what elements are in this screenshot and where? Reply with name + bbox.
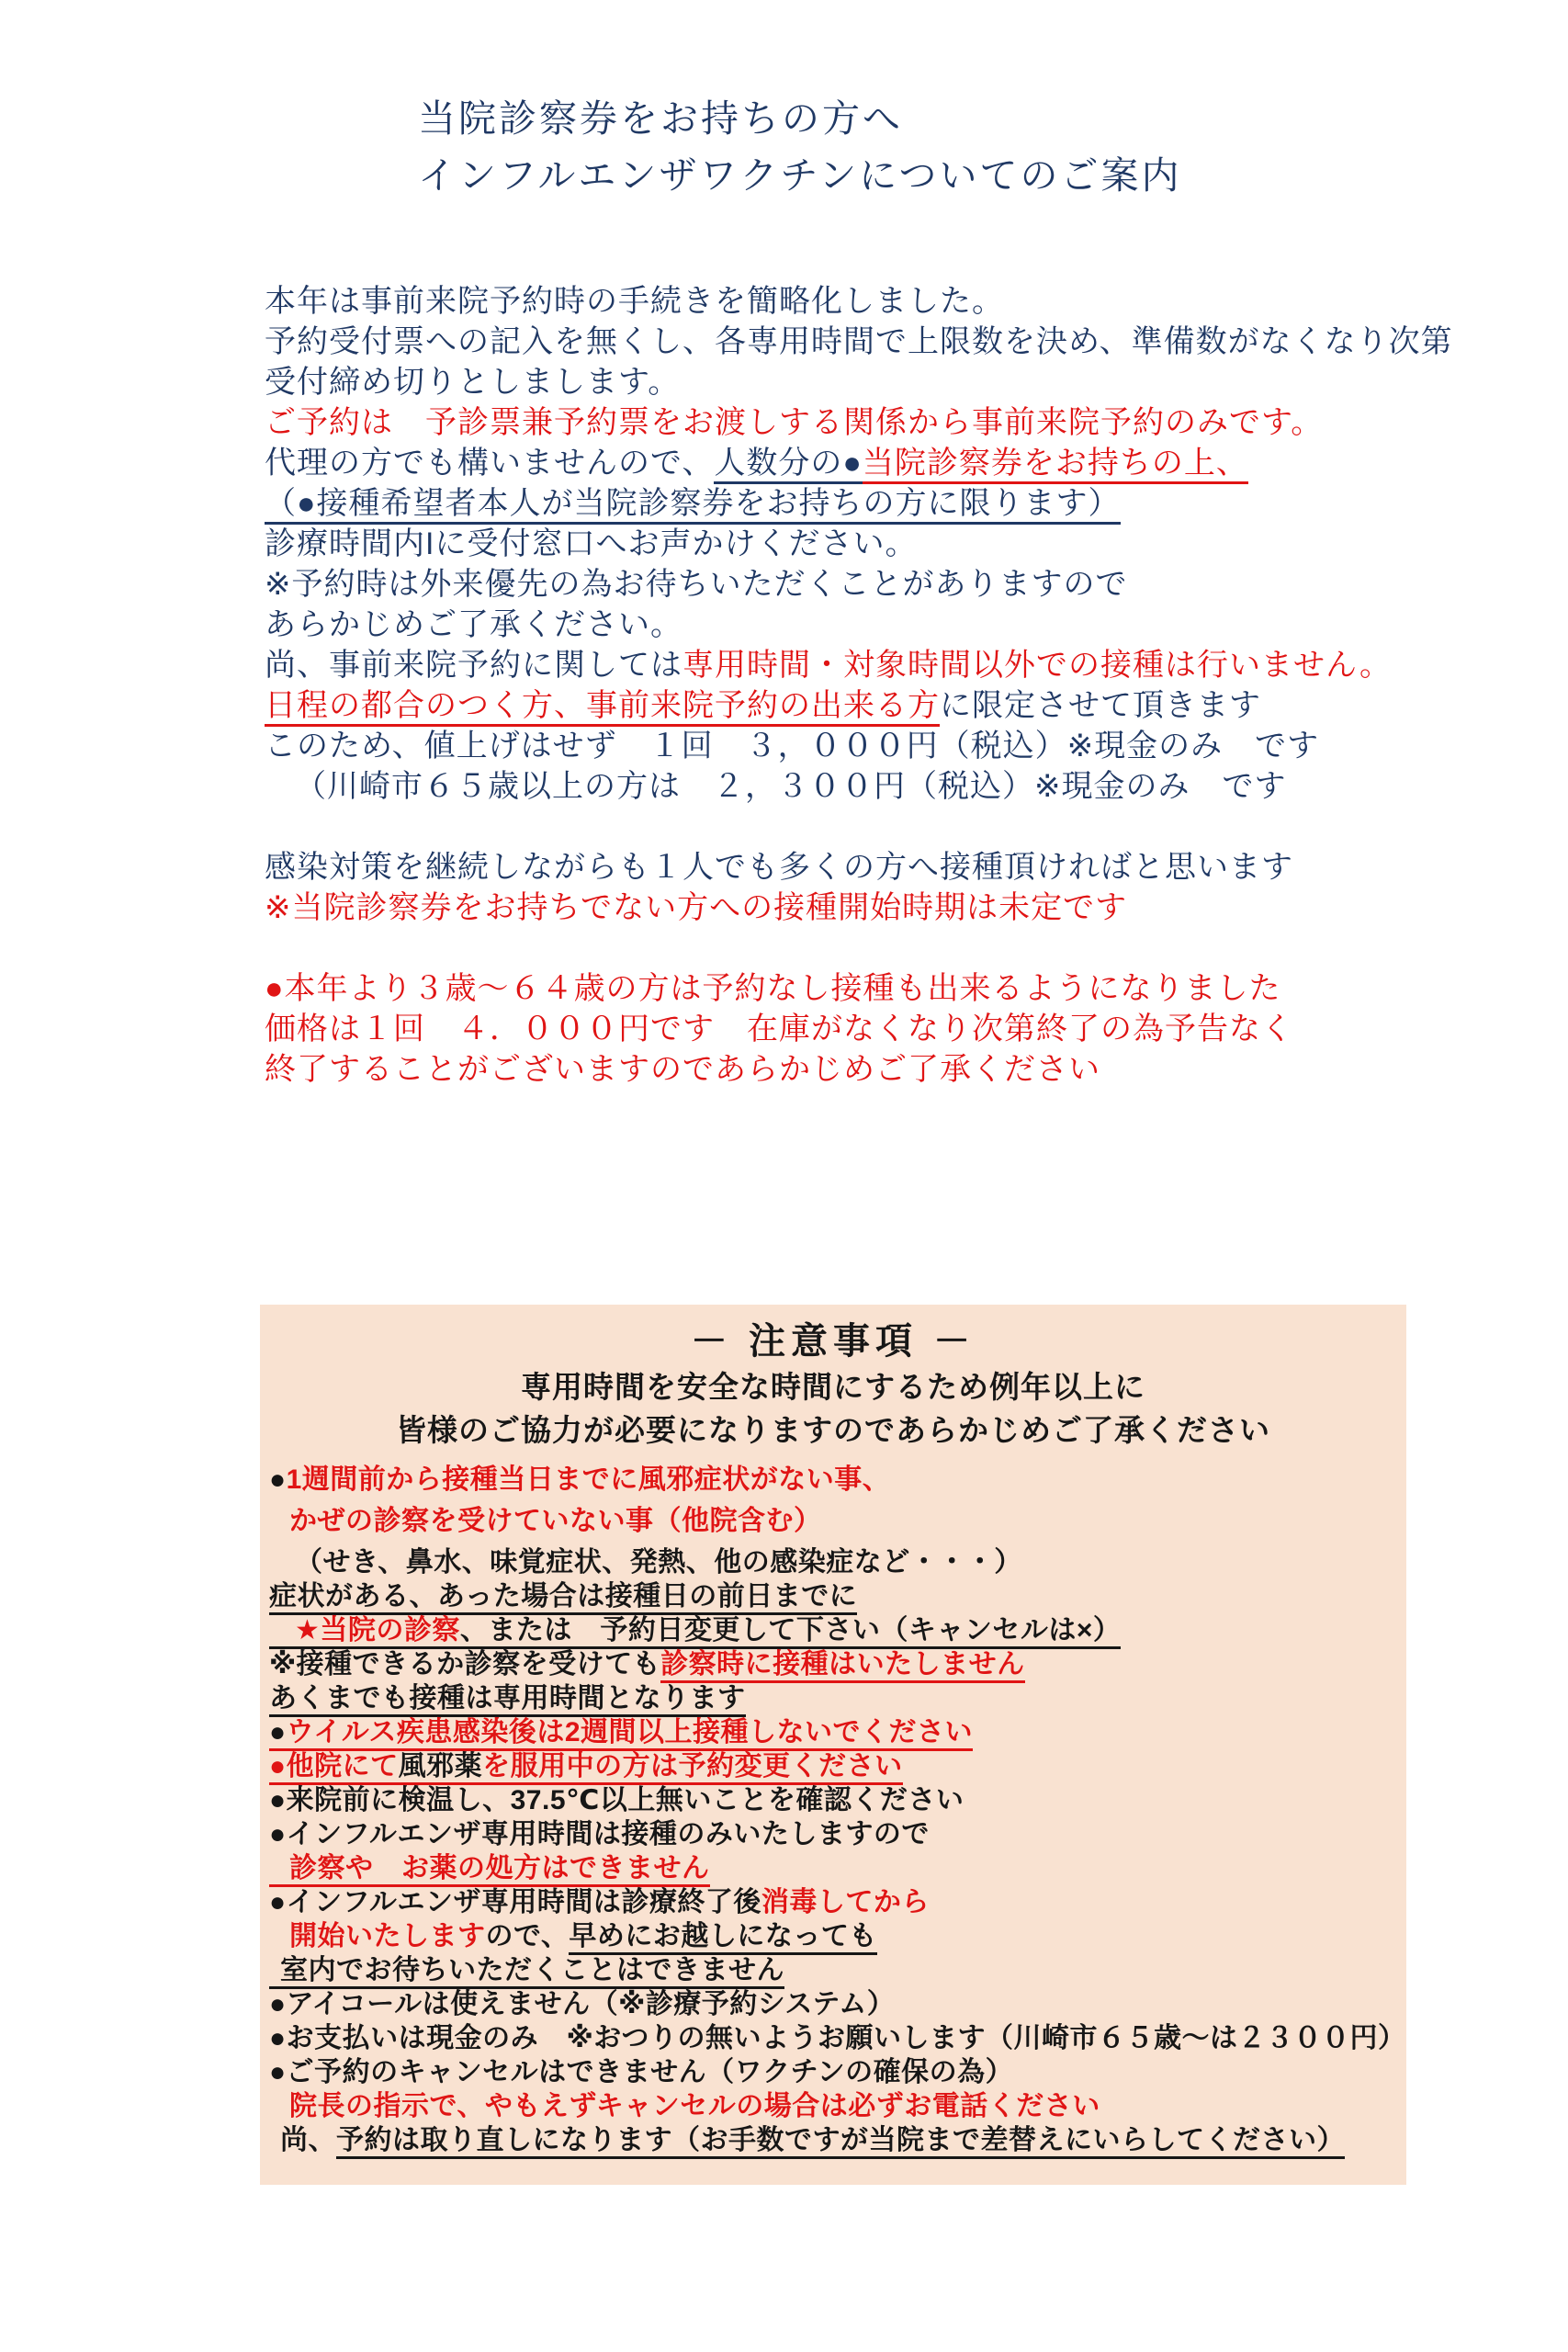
notice-item-5-red: ★当院の診察	[295, 1615, 460, 1645]
notice-item-16: ●アイコールは使えません（※診療予約システム）	[269, 1987, 1406, 2021]
notice-box: － 注意事項 － 専用時間を安全な時間にするため例年以上に 皆様のご協力が必要に…	[260, 1305, 1406, 2185]
walkin-line-2: 価格は１回 ４．０００円です 在庫がなくなり次第終了の為予告なく	[265, 1009, 1453, 1049]
notice-item-1: ●1週間前から接種当日までに風邪症状がない事、	[269, 1463, 1406, 1497]
bullet-icon: ●	[269, 1717, 287, 1747]
notice-item-4: 症状がある、あった場合は接種日の前日までに	[269, 1579, 1406, 1613]
intro-line-6-underline: （●接種希望者本人が当院診察券をお持ちの方に限ります）	[265, 486, 1121, 525]
body-text: 本年は事前来院予約時の手続きを簡略化しました。 予約受付票への記入を無くし、各専…	[265, 281, 1453, 1090]
notice-item-3: （せき、鼻水、味覚症状、発熱、他の感染症など・・・）	[295, 1545, 1406, 1579]
intro-line-11: 日程の都合のつく方、事前来院予約の出来る方に限定させて頂きます	[265, 685, 1453, 726]
notice-item-9-black: 風邪薬	[399, 1751, 483, 1781]
notice-item-13-black: ●インフルエンザ専用時間は診療終了後	[269, 1887, 761, 1917]
notice-item-6: ※接種できるか診察を受けても診察時に接種はいたしません	[269, 1647, 1406, 1681]
intro-line-8: ※予約時は外来優先の為お待ちいただくことがありますので	[265, 564, 1453, 605]
notice-item-9-red-1: ●他院にて	[269, 1751, 399, 1781]
intro-line-10-navy: 尚、事前来院予約に関しては	[265, 648, 682, 683]
intro-line-10: 尚、事前来院予約に関しては専用時間・対象時間以外での接種は行いません。	[265, 645, 1453, 685]
intro-line-5-underline-red: 当院診察券をお持ちの上、	[863, 446, 1248, 484]
bullet-icon: ●	[269, 1464, 287, 1495]
notice-item-11: ●インフルエンザ専用時間は接種のみいたしますので	[269, 1817, 1406, 1851]
interlude-line-2: ※当院診察券をお持ちでない方への接種開始時期は未定です	[265, 888, 1453, 928]
notice-item-8: ●ウイルス疾患感染後は2週間以上接種しないでください	[269, 1715, 1406, 1749]
notice-item-15: 室内でお待ちいただくことはできません	[269, 1953, 1406, 1987]
intro-line-5: 代理の方でも構いませんので、人数分の●当院診察券をお持ちの上、	[265, 443, 1453, 483]
intro-line-11-underline-red: 日程の都合のつく方、事前来院予約の出来る方	[265, 688, 940, 727]
notice-item-9-underline: ●他院にて風邪薬を服用中の方は予約変更ください	[269, 1751, 903, 1785]
notice-item-20-underline: 予約は取り直しになります（お手数ですが当院まで差替えにいらしてください）	[336, 2125, 1345, 2159]
notice-item-14: 開始いたしますので、早めにお越しになっても	[289, 1919, 1406, 1953]
notice-item-8-underline: ●ウイルス疾患感染後は2週間以上接種しないでください	[269, 1717, 973, 1751]
page-title: 当院診察券をお持ちの方へ インフルエンザワクチンについてのご案内	[418, 90, 1182, 204]
page-title-line-1: 当院診察券をお持ちの方へ	[418, 90, 1182, 147]
intro-line-11-navy: に限定させて頂きます	[940, 688, 1261, 723]
notice-items: ●1週間前から接種当日までに風邪症状がない事、 かぜの診察を受けていない事（他院…	[269, 1463, 1406, 2157]
notice-item-12-underline: 診察や お薬の処方はできません	[269, 1853, 710, 1887]
interlude-line-1: 感染対策を継続しながらも１人でも多くの方へ接種頂ければと思います	[265, 847, 1453, 888]
notice-item-6-black: ※接種できるか診察を受けても	[269, 1649, 660, 1679]
notice-item-7: あくまでも接種は専用時間となります	[269, 1681, 1406, 1715]
intro-line-1: 本年は事前来院予約時の手続きを簡略化しました。	[265, 281, 1453, 322]
intro-line-12: このため、値上げはせず １回 ３，０００円（税込）※現金のみ です	[265, 726, 1453, 766]
walkin-line-1: ●本年より３歳～６４歳の方は予約なし接種も出来るようになりました	[265, 968, 1453, 1009]
intro-line-6: （●接種希望者本人が当院診察券をお持ちの方に限ります）	[265, 483, 1453, 524]
intro-line-7: 診療時間内Iに受付窓口へお声かけください。	[265, 524, 1453, 564]
notice-item-8-text: ウイルス疾患感染後は2週間以上接種しないでください	[287, 1717, 973, 1747]
notice-item-12: 診察や お薬の処方はできません	[269, 1851, 1406, 1885]
intro-line-9: あらかじめご了承ください。	[265, 605, 1453, 645]
notice-item-19: 院長の指示で、やもえずキャンセルの場合は必ずお電話ください	[289, 2089, 1406, 2123]
intro-line-3: 受付締め切りとしまします。	[265, 362, 1453, 402]
notice-subtitle-2: 皆様のご協力が必要になりますのであらかじめご了承ください	[260, 1408, 1406, 1452]
notice-item-20: 尚、予約は取り直しになります（お手数ですが当院まで差替えにいらしてください）	[280, 2123, 1406, 2157]
notice-subtitle-1: 専用時間を安全な時間にするため例年以上に	[260, 1365, 1406, 1408]
notice-item-9: ●他院にて風邪薬を服用中の方は予約変更ください	[269, 1749, 1406, 1783]
document-page: 当院診察券をお持ちの方へ インフルエンザワクチンについてのご案内 本年は事前来院…	[0, 0, 1568, 2352]
intro-line-5-underline-navy: 人数分の●	[714, 446, 863, 484]
notice-item-14-underline: 早めにお越しになっても	[569, 1921, 877, 1955]
notice-item-1-text: 1週間前から接種当日までに風邪症状がない事、	[287, 1464, 891, 1495]
notice-item-5: ★当院の診察、または 予約日変更して下さい（キャンセルは×）	[269, 1613, 1406, 1647]
notice-item-5-underline: ★当院の診察、または 予約日変更して下さい（キャンセルは×）	[269, 1615, 1121, 1649]
notice-item-7-underline: あくまでも接種は専用時間となります	[269, 1683, 746, 1717]
intro-line-5-plain: 代理の方でも構いませんので、	[265, 446, 714, 481]
notice-item-14-black: ので、	[486, 1921, 570, 1951]
notice-item-5-black: 、または 予約日変更して下さい（キャンセルは×）	[460, 1615, 1122, 1645]
notice-item-17: ●お支払いは現金のみ ※おつりの無いようお願いします（川崎市６５歳～は２３００円…	[269, 2021, 1406, 2055]
spacer	[265, 928, 1453, 968]
notice-item-13-red: 消毒してから	[761, 1887, 930, 1917]
spacer	[265, 807, 1453, 847]
intro-line-4: ご予約は 予診票兼予約票をお渡しする関係から事前来院予約のみです。	[265, 402, 1453, 443]
intro-line-2: 予約受付票への記入を無くし、各専用時間で上限数を決め、準備数がなくなり次第	[265, 322, 1453, 362]
notice-item-2: かぜの診察を受けていない事（他院含む）	[289, 1504, 1406, 1538]
notice-item-14-red: 開始いたします	[289, 1921, 486, 1951]
intro-line-13: （川崎市６５歳以上の方は ２，３００円（税込）※現金のみ です	[295, 766, 1453, 807]
notice-heading: － 注意事項 －	[260, 1317, 1406, 1365]
notice-item-6-red-underline: 診察時に接種はいたしません	[660, 1649, 1025, 1683]
notice-item-20-plain: 尚、	[280, 2125, 336, 2155]
notice-item-18: ●ご予約のキャンセルはできません（ワクチンの確保の為）	[269, 2055, 1406, 2089]
notice-item-15-underline: 室内でお待ちいただくことはできません	[269, 1955, 784, 1989]
intro-line-10-red: 専用時間・対象時間以外での接種は行いません。	[682, 648, 1392, 683]
page-title-line-2: インフルエンザワクチンについてのご案内	[418, 147, 1182, 204]
notice-item-9-red-2: を服用中の方は予約変更ください	[482, 1751, 903, 1781]
notice-item-13: ●インフルエンザ専用時間は診療終了後消毒してから	[269, 1885, 1406, 1919]
notice-item-10: ●来院前に検温し、37.5℃以上無いことを確認ください	[269, 1783, 1406, 1817]
walkin-line-3: 終了することがございますのであらかじめご了承ください	[265, 1049, 1453, 1090]
notice-item-4-underline: 症状がある、あった場合は接種日の前日までに	[269, 1581, 857, 1615]
